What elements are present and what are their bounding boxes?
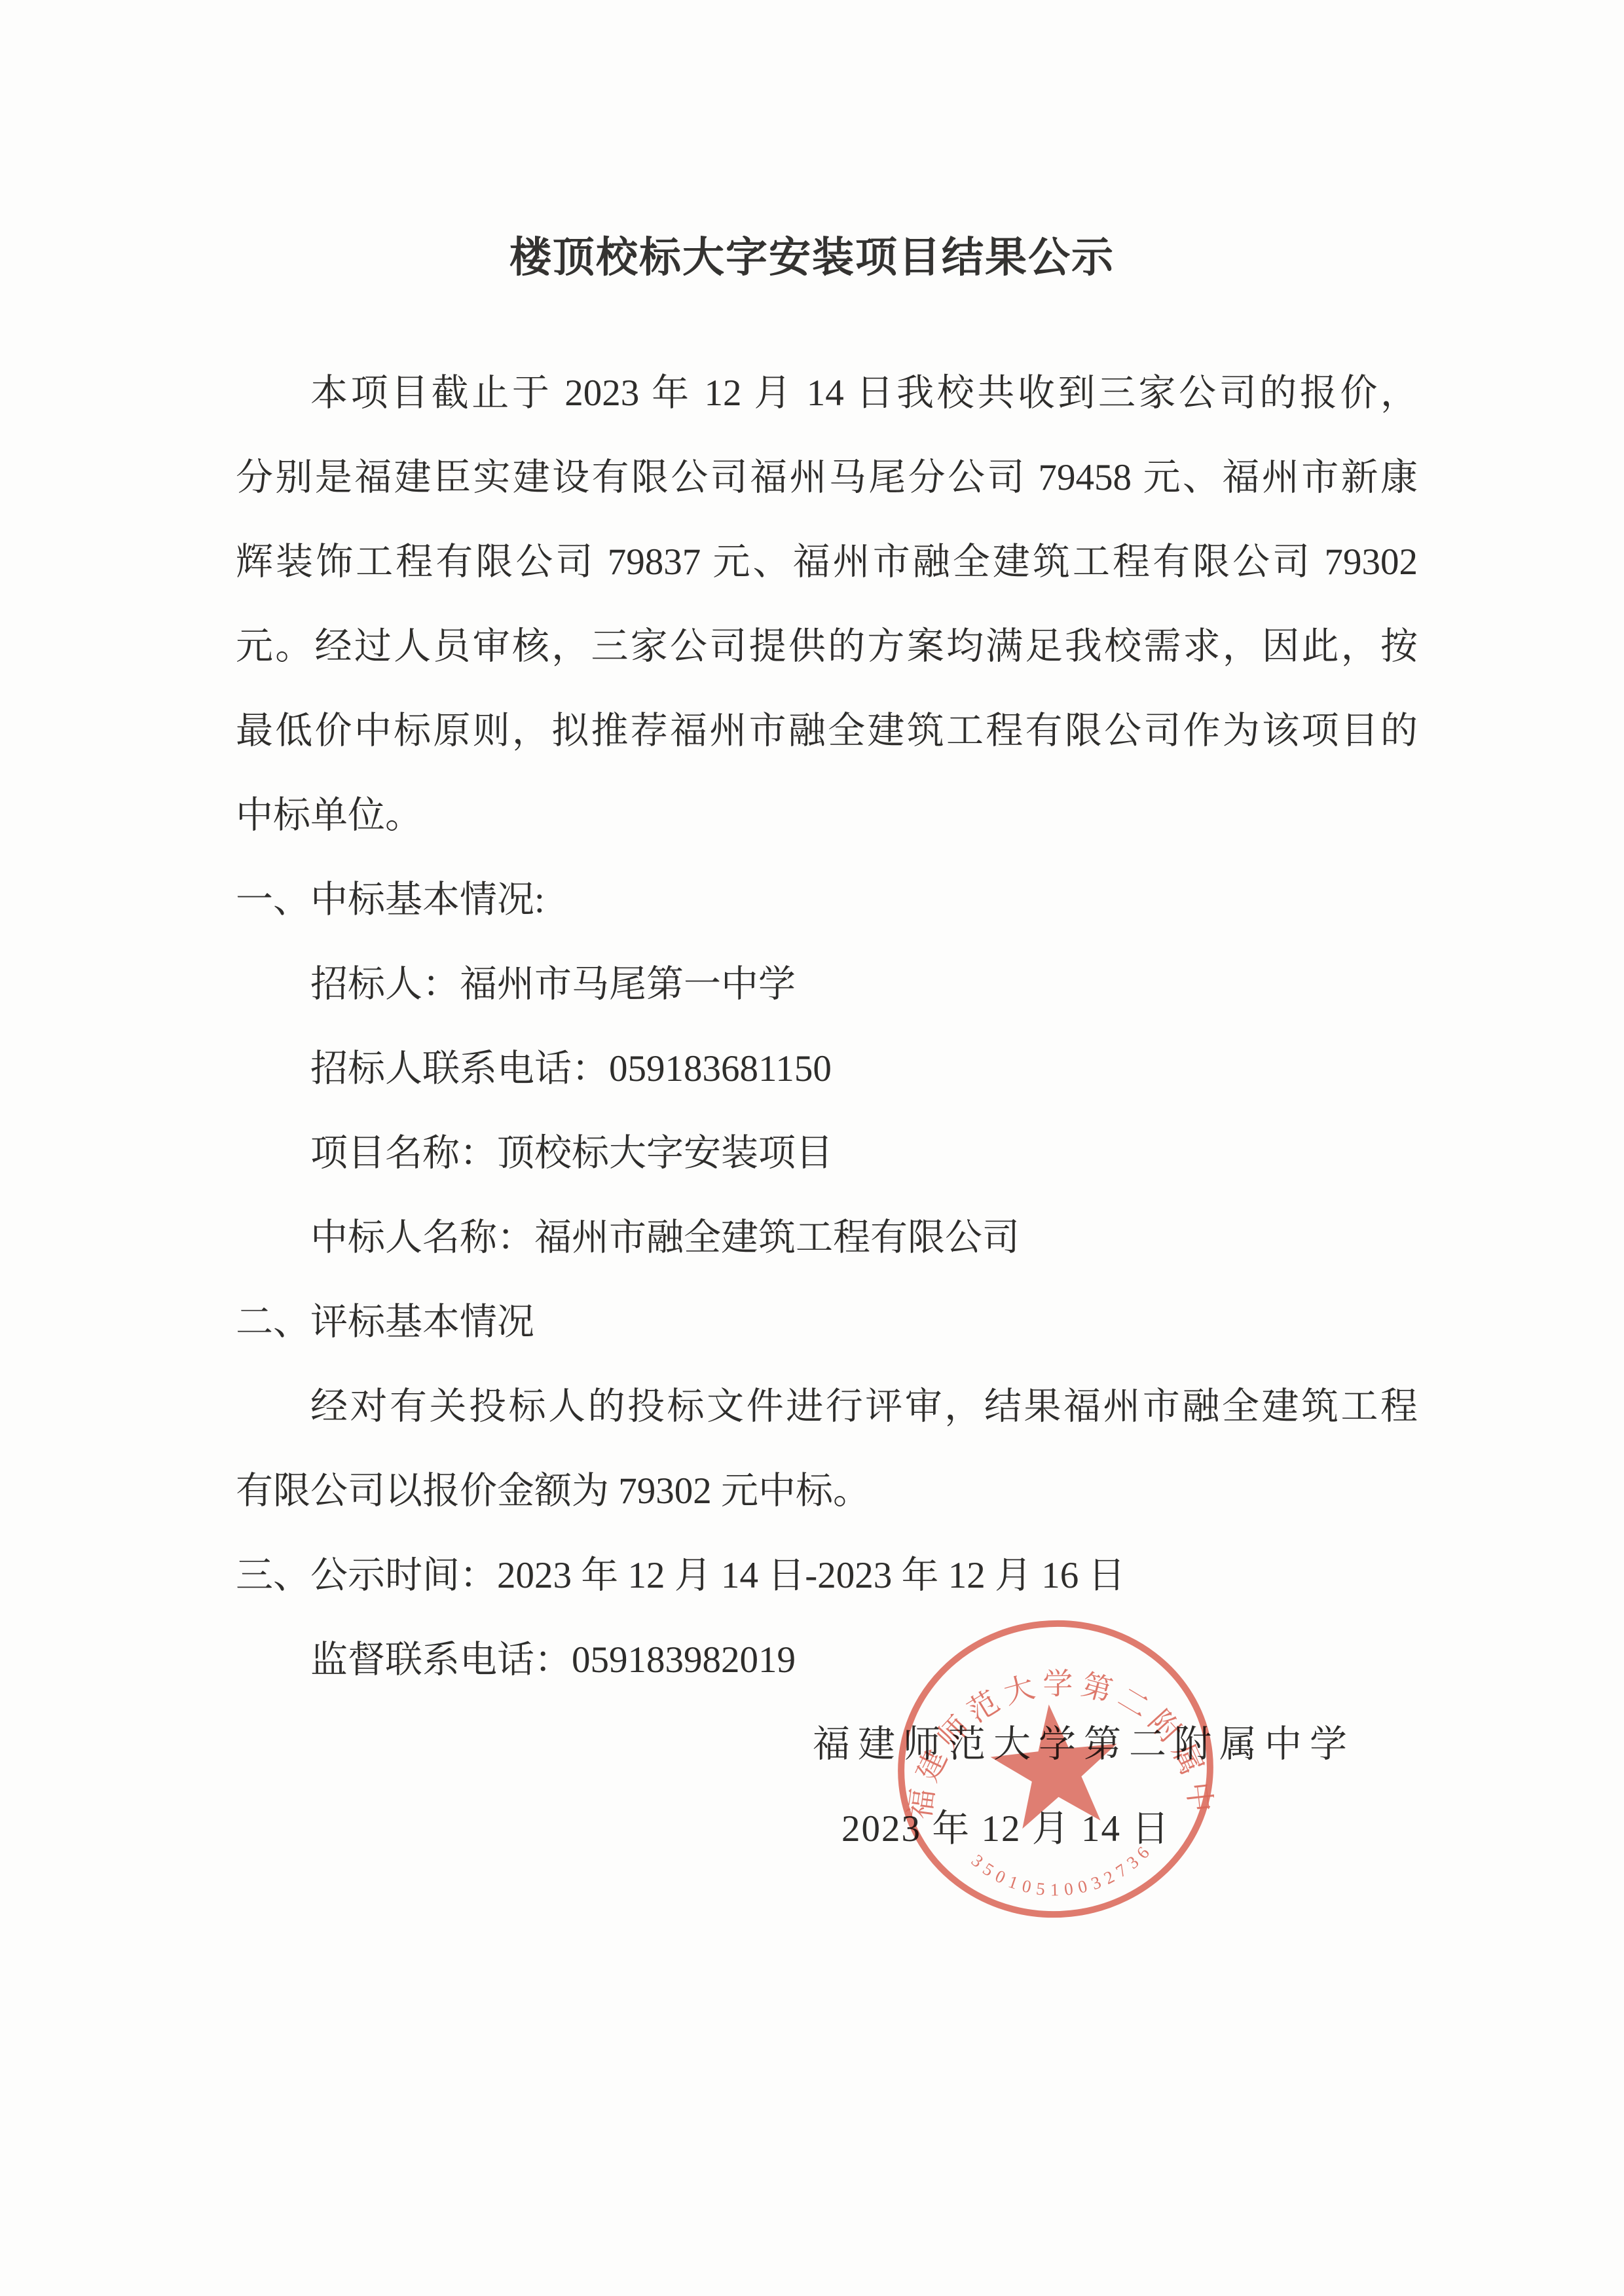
section1-item-tenderee: 招标人：福州市马尾第一中学 — [236, 942, 1418, 1027]
seal-star-icon — [986, 1698, 1124, 1831]
section1-item-tenderee-phone: 招标人联系电话：059183681150 — [236, 1027, 1418, 1111]
para1-line-4: 元。经过人员审核，三家公司提供的方案均满足我校需求，因此，按 — [236, 604, 1418, 689]
para1-line-1: 本项目截止于 2023 年 12 月 14 日我校共收到三家公司的报价， — [236, 351, 1418, 435]
para1-line-6: 中标单位。 — [236, 773, 1418, 858]
seal-ring-text: 福建师范大学第二附属中学 — [869, 1588, 1218, 1853]
section1-heading: 一、中标基本情况: — [236, 858, 1418, 942]
signature-date: 2023 年 12 月 14 日 — [236, 1787, 1418, 1871]
document-title: 楼顶校标大字安装项目结果公示 — [0, 215, 1624, 301]
svg-text:福建师范大学第二附属中学: 福建师范大学第二附属中学 — [869, 1588, 1218, 1853]
scanned-document-page: 楼顶校标大字安装项目结果公示 本项目截止于 2023 年 12 月 14 日我校… — [0, 0, 1624, 2296]
para1-line-3: 辉装饰工程有限公司 79837 元、福州市融全建筑工程有限公司 79302 — [236, 520, 1418, 604]
signature-organization: 福建师范大学第二附属中学 — [236, 1702, 1418, 1787]
section2-line-1: 经对有关投标人的投标文件进行评审，结果福州市融全建筑工程 — [236, 1364, 1418, 1449]
section1-item-winner-name: 中标人名称：福州市融全建筑工程有限公司 — [236, 1195, 1418, 1280]
para1-line-5: 最低价中标原则，拟推荐福州市融全建筑工程有限公司作为该项目的 — [236, 689, 1418, 773]
para1-line-2: 分别是福建臣实建设有限公司福州马尾分公司 79458 元、福州市新康 — [236, 435, 1418, 520]
section2-line-2: 有限公司以报价金额为 79302 元中标。 — [236, 1449, 1418, 1533]
section3-heading-publicity-period: 三、公示时间：2023 年 12 月 14 日-2023 年 12 月 16 日 — [236, 1533, 1418, 1618]
official-red-seal: 福建师范大学第二附属中学 35010510032736 — [869, 1588, 1242, 1950]
section1-item-project-name: 项目名称：顶校标大字安装项目 — [236, 1111, 1418, 1195]
section2-heading: 二、评标基本情况 — [236, 1280, 1418, 1364]
supervision-phone-line: 监督联系电话：059183982019 — [236, 1618, 1418, 1702]
document-body: 本项目截止于 2023 年 12 月 14 日我校共收到三家公司的报价， 分别是… — [236, 351, 1418, 1871]
